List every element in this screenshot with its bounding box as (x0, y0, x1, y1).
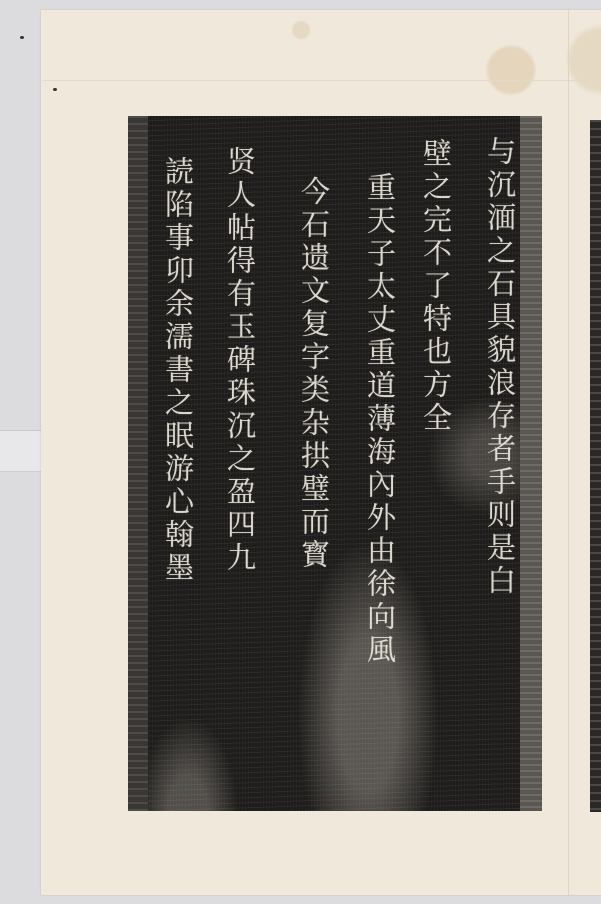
calligraphy-column-5: 贤人帖得有玉碑珠沉之盈四九 (220, 146, 260, 575)
rubbing-right-edge (520, 116, 542, 811)
calligraphy-column-4: 今石遗文复字类杂拱璧而寳 (294, 176, 334, 572)
background-table-edge (0, 430, 42, 472)
calligraphy-column-1: 与沉湎之石具貌浪存者手则是白 (480, 136, 520, 598)
calligraphy-column-6: 読陷事卯余濡書之眠游心翰墨 (158, 156, 198, 585)
calligraphy-column-2: 壁之完不了特也方全 (416, 138, 456, 435)
rubbing-left-edge (128, 116, 148, 811)
stele-rubbing: 与沉湎之石具貌浪存者手则是白 壁之完不了特也方全 重天子太丈重道薄海內外由徐向風… (128, 116, 542, 811)
adjacent-rubbing-edge (590, 120, 601, 812)
mount-seam (568, 10, 569, 895)
dust-speck (20, 36, 24, 39)
calligraphy-column-3: 重天子太丈重道薄海內外由徐向風 (360, 172, 400, 667)
dust-speck (53, 88, 57, 91)
